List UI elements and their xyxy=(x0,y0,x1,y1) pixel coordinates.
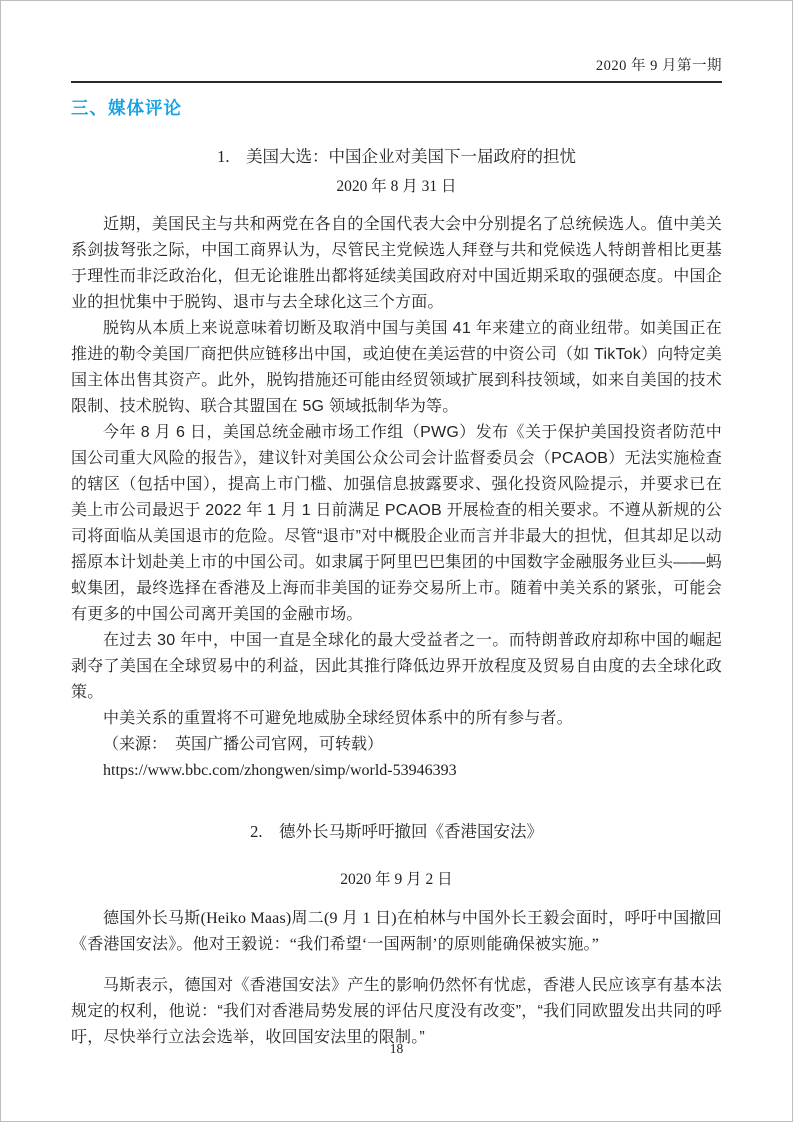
article1-date: 2020 年 8 月 31 日 xyxy=(71,177,722,197)
article1-paragraph: 近期，美国民主与共和两党在各自的全国代表大会中分别提名了总统候选人。值中美关系剑… xyxy=(71,212,722,316)
article2-paragraph: 马斯表示，德国对《香港国安法》产生的影响仍然怀有忧虑，香港人民应该享有基本法规定… xyxy=(71,973,722,1051)
page-number: 18 xyxy=(1,1041,792,1057)
document-page: 2020 年 9 月第一期 三、媒体评论 1. 美国大选：中国企业对美国下一届政… xyxy=(0,0,793,1122)
article2-paragraph: 德国外长马斯(Heiko Maas)周二(9 月 1 日)在柏林与中国外长王毅会… xyxy=(71,906,722,958)
header-issue-date: 2020 年 9 月第一期 xyxy=(71,1,722,75)
section-heading: 三、媒体评论 xyxy=(71,97,722,119)
article1-paragraph: 脱钩从本质上来说意味着切断及取消中国与美国 41 年来建立的商业纽带。如美国正在… xyxy=(71,316,722,420)
article2-title: 2. 德外长马斯呼吁撤回《香港国安法》 xyxy=(71,821,722,843)
article1-title: 1. 美国大选：中国企业对美国下一届政府的担忧 xyxy=(71,146,722,168)
article1-paragraph: 今年 8 月 6 日，美国总统金融市场工作组（PWG）发布《关于保护美国投资者防… xyxy=(71,420,722,628)
article1-source: （来源： 英国广播公司官网，可转载） xyxy=(71,732,722,758)
header-rule xyxy=(71,81,722,83)
article1-url-link[interactable]: https://www.bbc.com/zhongwen/simp/world-… xyxy=(71,758,722,784)
article2-date: 2020 年 9 月 2 日 xyxy=(71,870,722,890)
article1-paragraph: 在过去 30 年中，中国一直是全球化的最大受益者之一。而特朗普政府却称中国的崛起… xyxy=(71,628,722,706)
article1-paragraph: 中美关系的重置将不可避免地威胁全球经贸体系中的所有参与者。 xyxy=(71,706,722,732)
page-content: 2020 年 9 月第一期 三、媒体评论 1. 美国大选：中国企业对美国下一届政… xyxy=(1,1,792,1051)
